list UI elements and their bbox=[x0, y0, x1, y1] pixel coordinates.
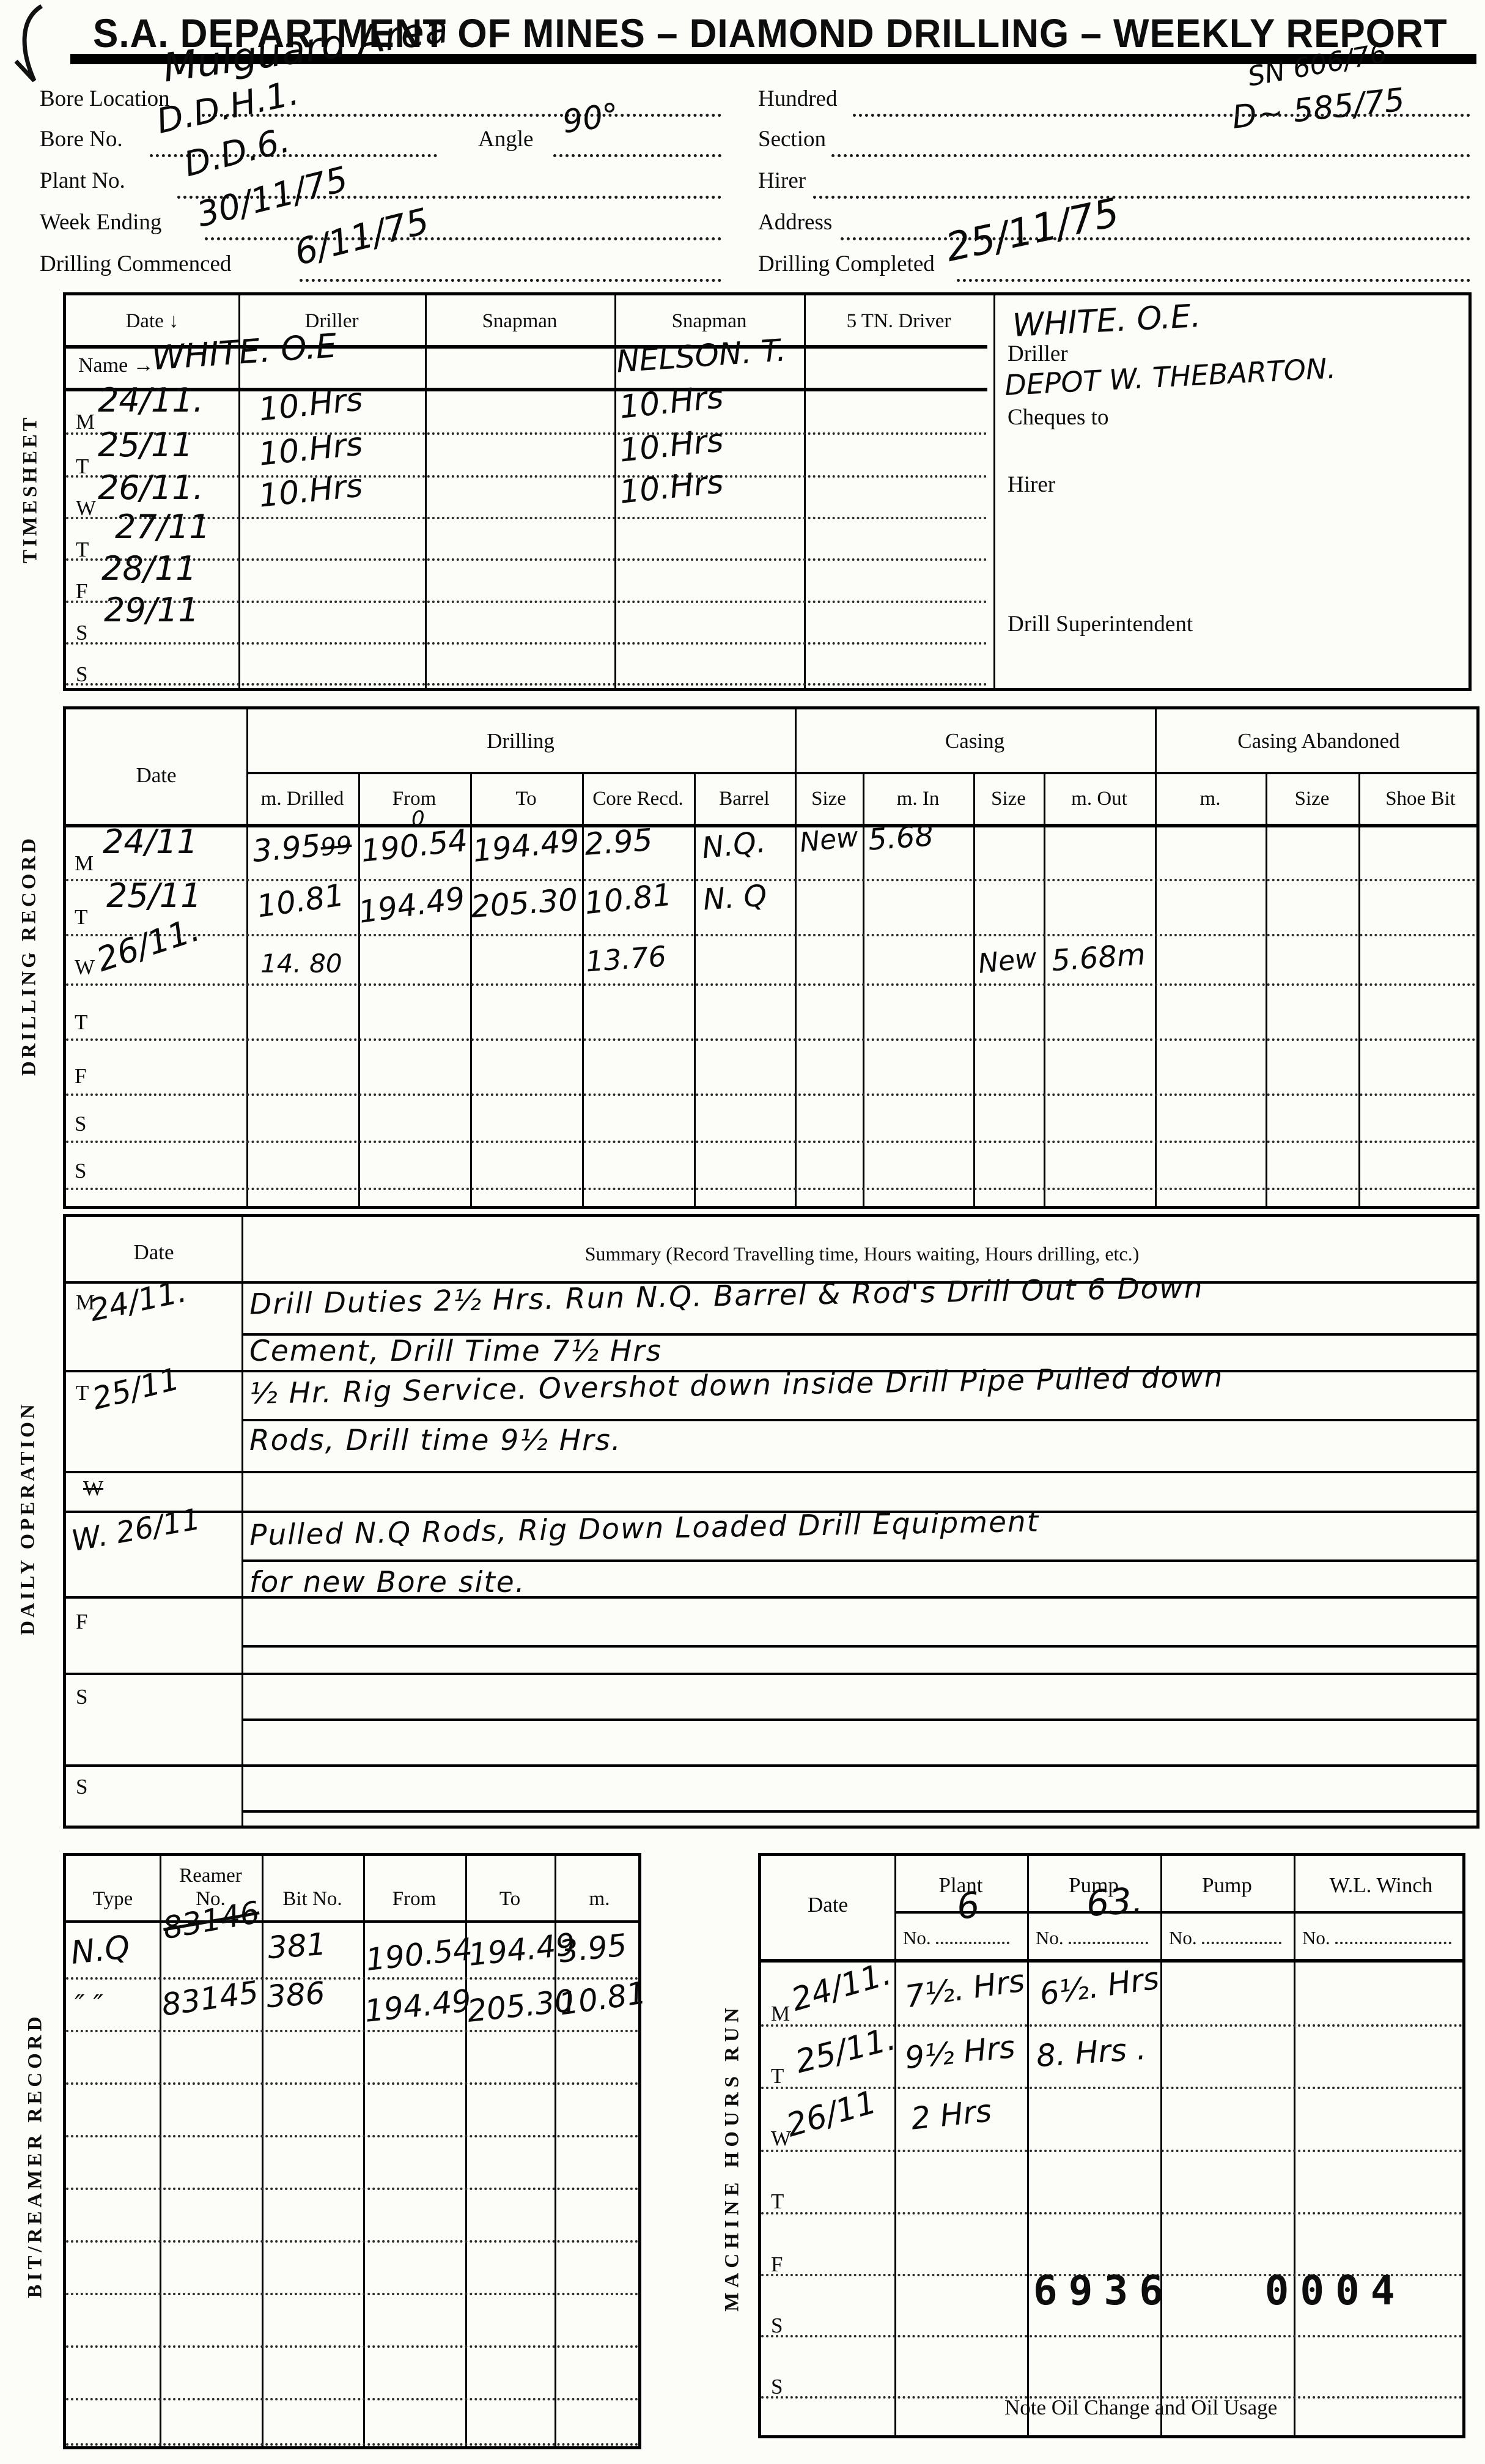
day-label: S bbox=[76, 662, 87, 687]
col-header-from: From bbox=[363, 1888, 465, 1911]
hours-hw: 10.Hrs bbox=[257, 428, 364, 471]
grid-line bbox=[246, 709, 248, 1206]
pump-hours-hw: 6½. Hrs bbox=[1037, 1963, 1160, 2010]
col-header-snapman1: Snapman bbox=[425, 310, 614, 333]
grid-line bbox=[795, 709, 797, 1206]
rule bbox=[853, 114, 1470, 117]
col-header-pump2: Pump bbox=[1160, 1873, 1294, 1898]
grid-line bbox=[66, 475, 987, 478]
grid-line bbox=[66, 824, 1476, 827]
grid-line bbox=[66, 683, 987, 686]
type-ditto-hw: ″ ″ bbox=[75, 1992, 103, 2019]
daily-operation-table: Date Summary (Record Travelling time, Ho… bbox=[63, 1214, 1479, 1829]
m-drilled-hw: 14. 80 bbox=[260, 951, 342, 977]
type-hw: N.Q bbox=[70, 1931, 131, 1969]
grid-line bbox=[241, 1719, 1476, 1721]
group-header-casing: Casing bbox=[795, 729, 1155, 753]
col-header-size-abandoned: Size bbox=[1266, 788, 1358, 811]
date-hw: 26/11. bbox=[98, 472, 204, 505]
hundred-label: Hundred bbox=[758, 86, 837, 112]
date-hw: 26/11. bbox=[93, 913, 204, 977]
drilling-completed-label: Drilling Completed bbox=[758, 251, 935, 277]
drilling-record-section-label: DRILLING RECORD bbox=[18, 742, 41, 1170]
grid-line bbox=[761, 2335, 1462, 2337]
plant-hours-hw: 7½. Hrs bbox=[903, 1966, 1026, 2013]
grid-line bbox=[66, 388, 987, 391]
day-label: F bbox=[771, 2252, 783, 2277]
rule bbox=[1069, 1927, 1148, 1944]
from-superscript-hw: 0 bbox=[411, 808, 425, 829]
machine-hours-section-label: MACHINE HOURS RUN bbox=[721, 1944, 744, 2372]
panel-driller-label: Driller bbox=[1008, 341, 1068, 367]
m-hw: 3.95 bbox=[558, 1929, 628, 1967]
grid-line bbox=[761, 2212, 1462, 2214]
from-hw: 190.54 bbox=[364, 1934, 474, 1975]
grid-line bbox=[66, 1188, 1476, 1190]
date-hw: 26/11 bbox=[783, 2086, 880, 2142]
grid-line bbox=[1155, 709, 1157, 1206]
hours-hw: 10.Hrs bbox=[257, 470, 364, 512]
grid-line bbox=[993, 295, 995, 688]
grid-line bbox=[66, 1038, 1476, 1041]
grid-line bbox=[160, 1856, 161, 2446]
grid-line bbox=[894, 1856, 896, 2435]
rule bbox=[936, 1927, 1009, 1944]
pump-hours-hw: 8. Hrs . bbox=[1035, 2033, 1147, 2071]
hours-hw: 10.Hrs bbox=[618, 381, 725, 424]
day-label: T bbox=[76, 1381, 89, 1405]
col-header-m-in: m. In bbox=[863, 788, 973, 811]
barrel-hw: N.Q. bbox=[701, 827, 767, 864]
bit-reamer-section-label: BIT/REAMER RECORD bbox=[24, 1942, 47, 2370]
rule bbox=[957, 279, 1470, 282]
from-hw: 194.49 bbox=[356, 882, 466, 928]
date-hw: 28/11 bbox=[101, 552, 197, 585]
pump1-no-cell: No. bbox=[1036, 1927, 1148, 1949]
col-header-size-in: Size bbox=[795, 788, 863, 811]
angle-value: 90° bbox=[561, 99, 621, 138]
grid-line bbox=[66, 2135, 638, 2137]
day-label: S bbox=[771, 2375, 783, 2399]
grid-line bbox=[1027, 1856, 1029, 2435]
plant-hours-hw: 2 Hrs bbox=[910, 2095, 993, 2134]
grid-line bbox=[66, 1977, 638, 1980]
bit-no-hw: 386 bbox=[265, 1978, 326, 2013]
col-header-m-abandoned: m. bbox=[1155, 788, 1266, 811]
barrel-hw: N. Q bbox=[702, 881, 767, 914]
core-recd-hw: 2.95 bbox=[583, 824, 654, 860]
grid-line bbox=[241, 1217, 243, 1826]
rule bbox=[553, 154, 721, 157]
hirer-label: Hirer bbox=[758, 168, 806, 194]
rule bbox=[1335, 1927, 1451, 1944]
col-header-barrel: Barrel bbox=[694, 788, 795, 811]
date-hw: 29/11 bbox=[104, 594, 199, 627]
oil-note: Note Oil Change and Oil Usage bbox=[1004, 2396, 1277, 2420]
from-hw: 194.49 bbox=[363, 1985, 473, 2027]
grid-line bbox=[66, 2293, 638, 2295]
col-header-size-out: Size bbox=[973, 788, 1044, 811]
grid-line bbox=[241, 1419, 1476, 1421]
col-header-driver: 5 TN. Driver bbox=[804, 310, 993, 333]
summary-header: Summary (Record Travelling time, Hours w… bbox=[241, 1243, 1483, 1265]
grid-line bbox=[66, 2082, 638, 2085]
from-hw: 190.54 bbox=[359, 825, 469, 867]
col-header-m-out: m. Out bbox=[1044, 788, 1155, 811]
date-hw: 25/11 bbox=[98, 429, 193, 462]
grid-line bbox=[241, 1645, 1476, 1648]
name-row-label: Name → bbox=[78, 354, 154, 377]
grid-line bbox=[66, 934, 1476, 936]
bit-reamer-table: Type Reamer No. Bit No. From To m. N.Q 8… bbox=[63, 1853, 641, 2449]
group-header-casing-abandoned: Casing Abandoned bbox=[1155, 729, 1483, 753]
panel-superintendent-label: Drill Superintendent bbox=[1008, 611, 1193, 637]
grid-line bbox=[66, 2443, 638, 2446]
col-header-bit-no: Bit No. bbox=[262, 1888, 363, 1911]
core-recd-hw: 10.81 bbox=[583, 879, 674, 919]
to-hw: 205.30 bbox=[470, 884, 578, 922]
panel-hirer-label: Hirer bbox=[1008, 472, 1055, 498]
day-label: F bbox=[76, 1610, 87, 1634]
snapman-name-hw: NELSON. T. bbox=[616, 335, 787, 377]
machine-stamp-number: 6936 0004 bbox=[1033, 2267, 1406, 2314]
rule bbox=[1202, 1927, 1281, 1944]
hours-hw: 10.Hrs bbox=[257, 383, 364, 426]
pump-no-hw: 63. bbox=[1085, 1882, 1144, 1922]
grid-line bbox=[66, 2240, 638, 2243]
no-label: No. bbox=[903, 1927, 931, 1948]
drilling-completed-value: 25/11/75 bbox=[942, 193, 1122, 268]
summary-line-hw: Drill Duties 2½ Hrs. Run N.Q. Barrel & R… bbox=[249, 1273, 1204, 1319]
plant-no-cell: No. bbox=[903, 1927, 1009, 1949]
panel-cheques-label: Cheques to bbox=[1008, 404, 1108, 431]
weekly-report-form: S.A. DEPARTMENT OF MINES – DIAMOND DRILL… bbox=[0, 0, 1485, 2464]
date-hw: 25/11 bbox=[106, 879, 202, 912]
driller-name-hw: WHITE. O.E bbox=[150, 329, 337, 375]
timesheet-section-label: TIMESHEET bbox=[20, 275, 42, 703]
day-label: S bbox=[75, 1112, 86, 1136]
bore-no-label: Bore No. bbox=[40, 126, 123, 152]
casing-m-out-hw: 5.68m bbox=[1051, 940, 1147, 976]
day-label: S bbox=[771, 2314, 783, 2338]
rule bbox=[813, 196, 1470, 199]
grid-line bbox=[66, 879, 1476, 881]
grid-line bbox=[66, 1764, 1476, 1767]
day-label: F bbox=[76, 579, 87, 604]
rule bbox=[205, 237, 721, 240]
date-hw: 24/11. bbox=[98, 384, 204, 417]
grid-line bbox=[262, 1856, 263, 2446]
rule bbox=[831, 154, 1470, 157]
col-header-m-drilled: m. Drilled bbox=[246, 788, 358, 811]
day-label: T bbox=[75, 1010, 87, 1035]
day-label: W bbox=[76, 496, 96, 520]
grid-line bbox=[66, 2398, 638, 2400]
hours-hw: 10.Hrs bbox=[618, 466, 725, 509]
grid-line bbox=[241, 1559, 1476, 1562]
timesheet-table: Date ↓ Driller Snapman Snapman 5 TN. Dri… bbox=[63, 292, 1472, 691]
col-header-date: Date ↓ bbox=[66, 310, 238, 333]
grid-line bbox=[66, 1093, 1476, 1096]
date-hw: 24/11. bbox=[788, 1958, 894, 2016]
group-header-drilling: Drilling bbox=[246, 729, 795, 753]
col-header-to: To bbox=[465, 1888, 555, 1911]
date-hw: 27/11 bbox=[115, 511, 210, 544]
grid-line bbox=[1294, 1856, 1295, 2435]
summary-line-hw: Cement, Drill Time 7½ Hrs bbox=[249, 1337, 662, 1366]
casing-size-in-hw: New bbox=[798, 824, 860, 857]
hours-hw: 10.Hrs bbox=[618, 424, 725, 467]
core-recd-hw: 13.76 bbox=[585, 942, 668, 975]
casing-m-in-hw: 5.68 bbox=[867, 821, 934, 854]
summary-line-hw: for new Bore site. bbox=[249, 1568, 526, 1597]
rule bbox=[841, 237, 1470, 240]
plant-no-label: Plant No. bbox=[40, 168, 125, 194]
grid-line bbox=[66, 1141, 1476, 1143]
plant-hours-hw: 9½ Hrs bbox=[904, 2032, 1017, 2074]
daily-operation-section-label: DAILY OPERATION bbox=[17, 1304, 40, 1733]
day-label: M bbox=[771, 2002, 790, 2026]
section-label: Section bbox=[758, 126, 826, 152]
rule bbox=[300, 279, 721, 282]
col-header-date: Date bbox=[66, 763, 246, 788]
col-header-winch: W.L. Winch bbox=[1294, 1873, 1468, 1898]
day-label: S bbox=[75, 1159, 86, 1183]
col-header-snapman2: Snapman bbox=[614, 310, 804, 333]
drilling-commenced-label: Drilling Commenced bbox=[40, 251, 231, 277]
grid-line bbox=[66, 983, 1476, 986]
day-label: T bbox=[76, 454, 89, 479]
machine-hours-table: Date Plant Pump Pump W.L. Winch No. No. … bbox=[758, 1853, 1465, 2438]
pump2-no-cell: No. bbox=[1169, 1927, 1281, 1949]
grid-line bbox=[66, 2030, 638, 2032]
grid-line bbox=[66, 432, 987, 435]
grid-line bbox=[246, 772, 1476, 774]
no-label: No. bbox=[1169, 1927, 1197, 1948]
day-label: W bbox=[75, 955, 95, 980]
date-hw: 25/11. bbox=[792, 2023, 899, 2079]
no-label: No. bbox=[1036, 1927, 1064, 1948]
week-ending-label: Week Ending bbox=[40, 209, 161, 235]
reamer-no-hw: 83145 bbox=[160, 1977, 260, 2021]
day-label: T bbox=[75, 905, 87, 930]
bore-location-label: Bore Location bbox=[40, 86, 170, 112]
drilling-record-table: Date Drilling Casing Casing Abandoned m.… bbox=[63, 706, 1479, 1209]
day-label: T bbox=[76, 538, 89, 562]
col-header-shoe-bit: Shoe Bit bbox=[1358, 788, 1483, 811]
m-drilled-hw: 3.9599 bbox=[251, 827, 353, 867]
grid-line bbox=[425, 295, 427, 688]
grid-line bbox=[66, 2188, 638, 2190]
casing-size-out-hw: New bbox=[977, 945, 1038, 978]
grid-line bbox=[66, 601, 987, 603]
m-drilled-hw: 10.81 bbox=[255, 879, 346, 922]
grid-line bbox=[66, 1920, 638, 1923]
day-label: F bbox=[75, 1064, 86, 1089]
no-label: No. bbox=[1302, 1927, 1330, 1948]
grid-line bbox=[804, 295, 806, 688]
col-header-date: Date bbox=[66, 1240, 241, 1265]
day-label-crossed: W bbox=[83, 1476, 103, 1501]
grid-line bbox=[66, 2345, 638, 2348]
grid-line bbox=[241, 1810, 1476, 1813]
drilling-commenced-value: 6/11/75 bbox=[291, 203, 432, 270]
col-header-m: m. bbox=[555, 1888, 644, 1911]
day-label: T bbox=[771, 2189, 784, 2214]
grid-line bbox=[66, 1471, 1476, 1473]
grid-line bbox=[1160, 1856, 1162, 2435]
summary-line-hw: Pulled N.Q Rods, Rig Down Loaded Drill E… bbox=[249, 1508, 1040, 1550]
plant-no-hw: 6 bbox=[955, 1887, 981, 1925]
grid-line bbox=[66, 1673, 1476, 1675]
col-header-type: Type bbox=[66, 1888, 160, 1911]
address-label: Address bbox=[758, 209, 832, 235]
col-header-date: Date bbox=[761, 1893, 894, 1917]
day-label: S bbox=[76, 1775, 87, 1799]
grid-line bbox=[66, 642, 987, 645]
grid-line bbox=[761, 2150, 1462, 2152]
day-label: T bbox=[771, 2064, 784, 2088]
m-drilled-value: 3.95 bbox=[251, 827, 322, 868]
summary-line-hw: Rods, Drill time 9½ Hrs. bbox=[249, 1426, 622, 1455]
to-hw: 194.49 bbox=[471, 825, 581, 867]
day-label: S bbox=[76, 1685, 87, 1709]
day-label: M bbox=[76, 410, 95, 434]
angle-label: Angle bbox=[478, 126, 533, 152]
col-header-core-recd: Core Recd. bbox=[582, 788, 694, 811]
day-label: M bbox=[75, 851, 94, 876]
day-label: S bbox=[76, 621, 87, 645]
pen-mark bbox=[2, 1, 61, 93]
panel-name-hw: WHITE. O.E. bbox=[1012, 300, 1202, 342]
date-hw: 24/11 bbox=[103, 826, 198, 859]
grid-line bbox=[66, 558, 987, 561]
m-drilled-struck: 99 bbox=[320, 831, 353, 862]
winch-no-cell: No. bbox=[1302, 1927, 1451, 1949]
col-header-to: To bbox=[470, 788, 582, 811]
bit-no-hw: 381 bbox=[267, 1929, 327, 1964]
